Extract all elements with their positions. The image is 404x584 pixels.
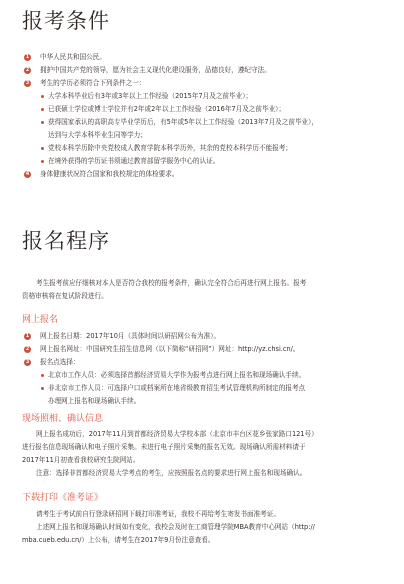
sub-item-text: 已获硕士学位或博士学位并有2年或2年以上工作经验（2016年7月及之前毕业）；	[48, 105, 285, 113]
education-sublist: 大学本科毕业后有3年或3年以上工作经验（2015年7月及之前毕业）； 已获硕士学…	[40, 90, 318, 168]
sub-item-text: 获得国家承认的高职高专毕业学历后，有5年或5年以上工作经验（2013年7月及之前…	[48, 118, 318, 126]
item-text: 网上报名日期：2017年10月（具体时间以研招网公布为准）。	[40, 332, 220, 340]
item-text: 中华人民共和国公民。	[40, 53, 106, 61]
item-text: 报名点选择：	[40, 358, 80, 366]
list-item: 2 拥护中国共产党的领导，愿为社会主义现代化建设服务，品德良好，遵纪守法。	[22, 64, 318, 77]
sub-item: 大学本科毕业后有3年或3年以上工作经验（2015年7月及之前毕业）；	[40, 90, 318, 103]
sub-item-text: 北京市工作人员：必须选择首都经济贸易大学作为报考点进行网上报名和现场确认手续。	[48, 371, 305, 379]
ticket-paragraph: 请考生于考试前自行登录研招网下载打印准考证，我校不再给考生寄发书面准考证。 上述…	[22, 508, 367, 547]
intro-line: 资格审核将在复试阶段进行。	[22, 290, 367, 303]
onsite-note: 注意：选择非首都经济贸易大学考点的考生，应按照报名点的要求进行网上报名和现场确认…	[22, 467, 367, 480]
sub-item-text: 党校本科学历除中央党校成人教育学院本科学历外，其余的党校本科学历不能报考；	[48, 144, 292, 152]
number-badge-icon: 1	[24, 333, 31, 340]
number-badge-icon: 3	[24, 359, 31, 366]
sub-item-text: 非北京市工作人员：可选择户口或档案所在地省级教育招生考试管理机构所制定的报考点	[48, 384, 305, 392]
onsite-line: 进行报名信息现场确认和电子照片采集。未进行电子照片采集的报名无效。现场确认所需材…	[22, 441, 367, 454]
subsection-title-onsite: 现场照相、确认信息	[22, 412, 103, 426]
list-item: 4 身体健康状况符合国家和我校规定的体检要求。	[22, 168, 318, 181]
sub-item-continuation: 达到与大学本科毕业生同等学力；	[48, 129, 318, 142]
section-title-procedure: 报名程序	[22, 228, 110, 254]
list-item: 3 考生的学历必须符合下列条件之一： 大学本科毕业后有3年或3年以上工作经验（2…	[22, 77, 318, 168]
ticket-line: mba.cueb.edu.cn/）上公布，请考生在2017年9月份注意查看。	[22, 534, 367, 547]
ticket-line: 请考生于考试前自行登录研招网下载打印准考证，我校不再给考生寄发书面准考证。	[22, 508, 367, 521]
sub-item: 非北京市工作人员：可选择户口或档案所在地省级教育招生考试管理机构所制定的报考点办…	[40, 382, 305, 408]
onsite-line: 网上报名成功后，2017年11月到首都经济贸易大学校本部（北京市丰台区花乡张家路…	[22, 428, 367, 441]
online-list: 1 网上报名日期：2017年10月（具体时间以研招网公布为准）。 2 网上报名网…	[22, 330, 305, 408]
requirements-list: 1 中华人民共和国公民。 2 拥护中国共产党的领导，愿为社会主义现代化建设服务，…	[22, 51, 318, 181]
sub-item-continuation: 办理网上报名和现场确认手续。	[48, 395, 305, 408]
sub-item-text: 大学本科毕业后有3年或3年以上工作经验（2015年7月及之前毕业）；	[48, 92, 252, 100]
item-text: 考生的学历必须符合下列条件之一：	[40, 79, 146, 87]
procedure-intro: 考生报考前应仔细核对本人是否符合我校的报考条件，确认完全符合后再进行网上报名。报…	[22, 277, 367, 303]
intro-line: 考生报考前应仔细核对本人是否符合我校的报考条件，确认完全符合后再进行网上报名。报…	[22, 277, 367, 290]
bullet-dot-icon	[41, 121, 44, 124]
section-title-requirements: 报考条件	[22, 8, 110, 34]
list-item: 2 网上报名网址：中国研究生招生信息网（以下简称“研招网”）网址：http://…	[22, 343, 305, 356]
number-badge-icon: 1	[24, 54, 31, 61]
list-item: 1 中华人民共和国公民。	[22, 51, 318, 64]
list-item: 1 网上报名日期：2017年10月（具体时间以研招网公布为准）。	[22, 330, 305, 343]
number-badge-icon: 2	[24, 67, 31, 74]
onsite-line: 2017年11月初查看我校研究生院网站。	[22, 454, 367, 467]
bullet-dot-icon	[41, 147, 44, 150]
sub-item: 在境外获得的学历证书须通过教育部留学服务中心的认证。	[40, 155, 318, 168]
sub-item: 已获硕士学位或博士学位并有2年或2年以上工作经验（2016年7月及之前毕业）；	[40, 103, 318, 116]
sub-item: 获得国家承认的高职高专毕业学历后，有5年或5年以上工作经验（2013年7月及之前…	[40, 116, 318, 142]
subsection-title-ticket: 下载打印《准考证》	[22, 491, 103, 505]
number-badge-icon: 2	[24, 346, 31, 353]
site-sublist: 北京市工作人员：必须选择首都经济贸易大学作为报考点进行网上报名和现场确认手续。 …	[40, 369, 305, 408]
item-text: 身体健康状况符合国家和我校规定的体检要求。	[40, 170, 178, 178]
ticket-line: 上述网上报名和现场确认时间如有变化，我校会及时在工商管理学院MBA教育中心网站（…	[22, 521, 367, 534]
sub-item: 北京市工作人员：必须选择首都经济贸易大学作为报考点进行网上报名和现场确认手续。	[40, 369, 305, 382]
bullet-dot-icon	[41, 387, 44, 390]
subsection-title-online: 网上报名	[22, 313, 58, 327]
bullet-dot-icon	[41, 374, 44, 377]
number-badge-icon: 3	[24, 80, 31, 87]
bullet-dot-icon	[41, 95, 44, 98]
item-text: 网上报名网址：中国研究生招生信息网（以下简称“研招网”）网址：http://yz…	[40, 345, 300, 353]
number-badge-icon: 4	[24, 171, 31, 178]
onsite-paragraph: 网上报名成功后，2017年11月到首都经济贸易大学校本部（北京市丰台区花乡张家路…	[22, 428, 367, 480]
bullet-dot-icon	[41, 160, 44, 163]
sub-item-text: 在境外获得的学历证书须通过教育部留学服务中心的认证。	[48, 157, 219, 165]
list-item: 3 报名点选择： 北京市工作人员：必须选择首都经济贸易大学作为报考点进行网上报名…	[22, 356, 305, 408]
sub-item: 党校本科学历除中央党校成人教育学院本科学历外，其余的党校本科学历不能报考；	[40, 142, 318, 155]
item-text: 拥护中国共产党的领导，愿为社会主义现代化建设服务，品德良好，遵纪守法。	[40, 66, 271, 74]
bullet-dot-icon	[41, 108, 44, 111]
